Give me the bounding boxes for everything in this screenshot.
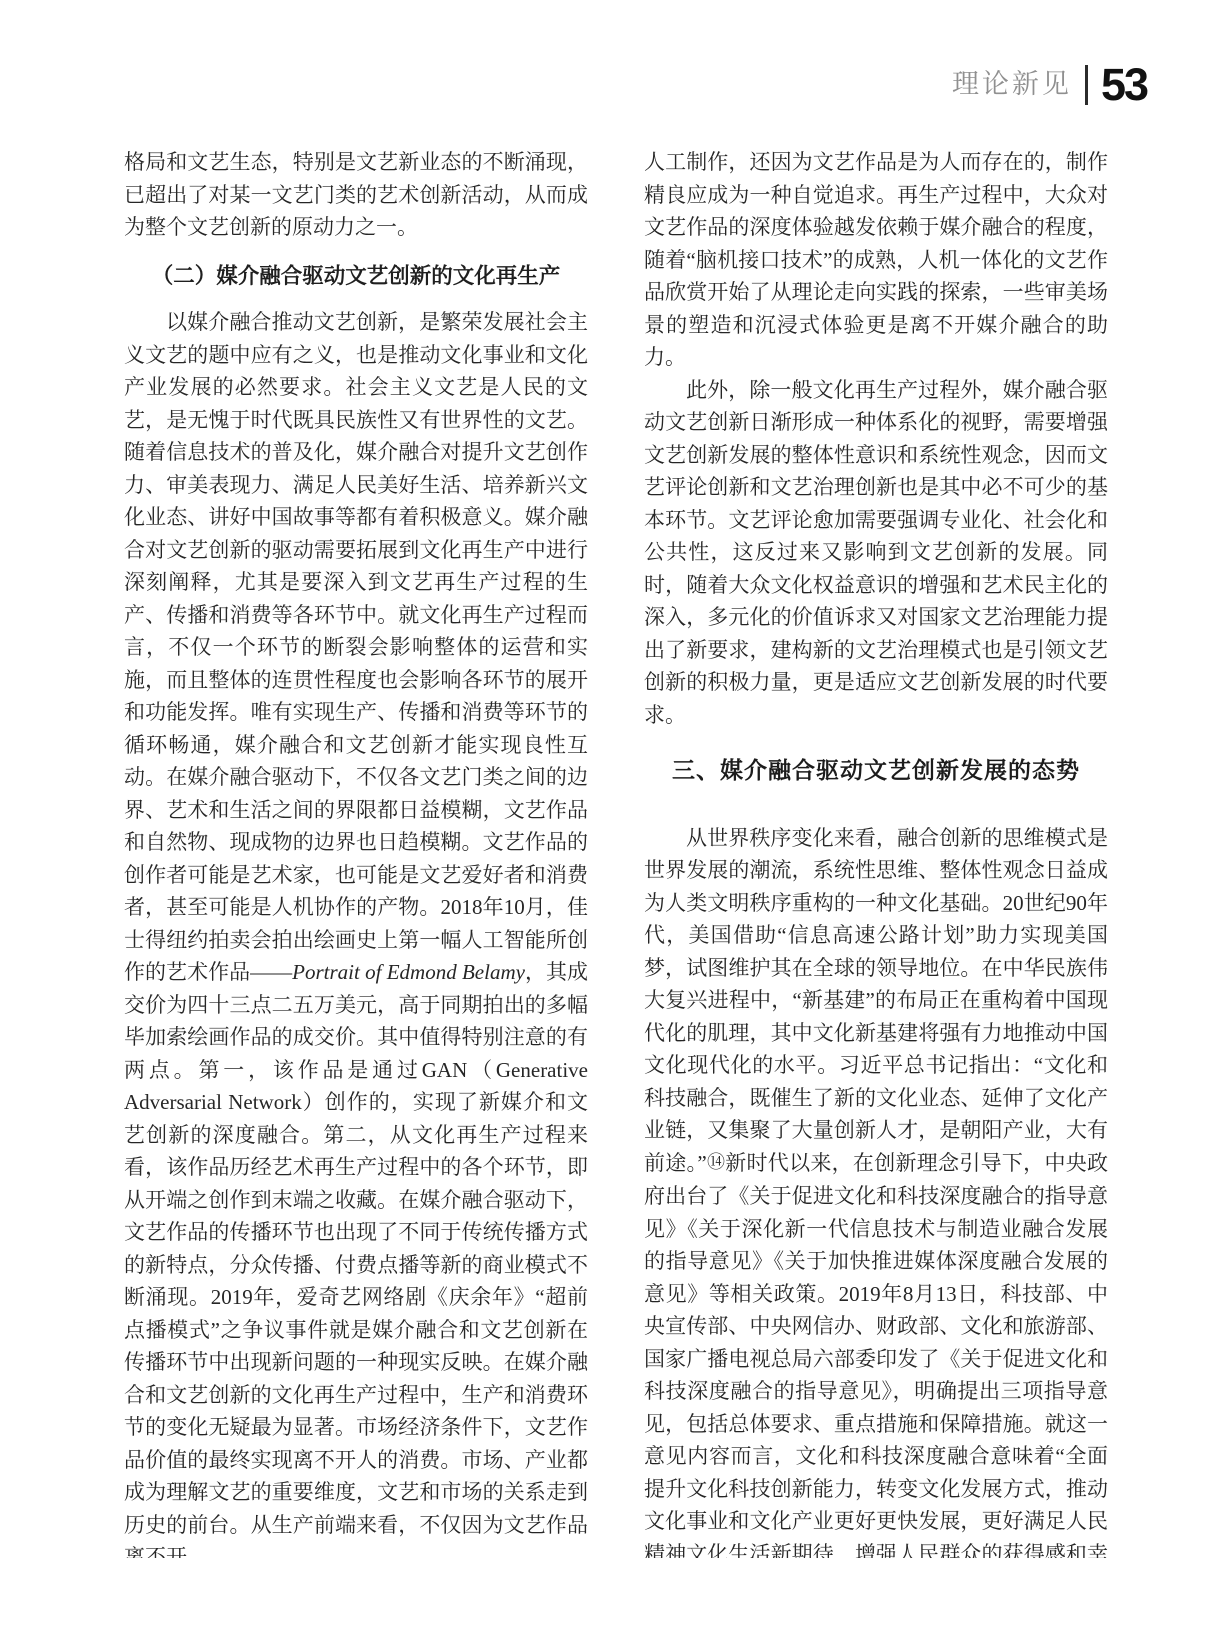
left-column: 格局和文艺生态，特别是文艺新业态的不断涌现，已超出了对某一文艺门类的艺术创新活动…	[124, 146, 588, 1558]
paragraph-text: 从世界秩序变化来看，融合创新的思维模式是世界发展的潮流，系统性思维、整体性观念日…	[644, 826, 1108, 1175]
section-heading: 三、媒介融合驱动文艺创新发展的态势	[644, 754, 1108, 787]
paragraph-body: 此外，除一般文化再生产过程外，媒介融合驱动文艺创新日渐形成一种体系化的视野，需要…	[644, 374, 1108, 732]
page-number: 53	[1101, 62, 1147, 107]
header-divider	[1085, 65, 1088, 105]
right-column: 人工制作，还因为文艺作品是为人而存在的，制作精良应成为一种自觉追求。再生产过程中…	[644, 146, 1108, 1558]
paragraph-body: 以媒介融合推动文艺创新，是繁荣发展社会主义文艺的题中应有之义，也是推动文化事业和…	[124, 306, 588, 1558]
paragraph-text: 以媒介融合推动文艺创新，是繁荣发展社会主义文艺的题中应有之义，也是推动文化事业和…	[124, 310, 588, 984]
paragraph-text: 新时代以来，在创新理念引导下，中央政府出台了《关于促进文化和科技深度融合的指导意…	[644, 1151, 1108, 1559]
paragraph-continuation: 格局和文艺生态，特别是文艺新业态的不断涌现，已超出了对某一文艺门类的艺术创新活动…	[124, 146, 588, 244]
running-head: 理论新见 53	[952, 62, 1147, 107]
footnote-marker: ⑭	[707, 1152, 726, 1172]
journal-page: 理论新见 53 格局和文艺生态，特别是文艺新业态的不断涌现，已超出了对某一文艺门…	[0, 0, 1224, 1649]
artwork-title: Portrait of Edmond Belamy	[292, 960, 525, 984]
paragraph-body: 从世界秩序变化来看，融合创新的思维模式是世界发展的潮流，系统性思维、整体性观念日…	[644, 822, 1108, 1559]
section-label: 理论新见	[952, 71, 1072, 98]
paragraph-continuation: 人工制作，还因为文艺作品是为人而存在的，制作精良应成为一种自觉追求。再生产过程中…	[644, 146, 1108, 374]
paragraph-text: ，其成交价为四十三点二五万美元，高于同期拍出的多幅毕加索绘画作品的成交价。其中值…	[124, 960, 588, 1558]
subsection-heading: （二）媒介融合驱动文艺创新的文化再生产	[124, 260, 588, 293]
